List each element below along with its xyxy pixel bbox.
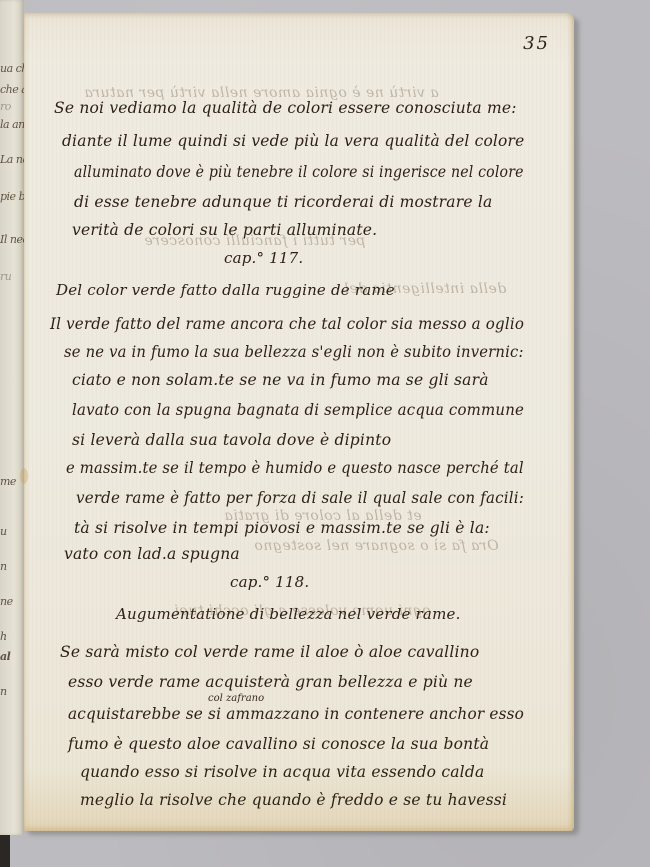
chapter-number: cap.° 118. [230, 573, 309, 591]
left-page-fragment: che a Tu [0, 83, 24, 96]
adjacent-left-page: ua che che a Tu ro la ansol La neetr pie… [0, 0, 24, 835]
chapter-heading: Del color verde fatto dalla ruggine de r… [56, 281, 395, 299]
left-page-fragment: n [0, 685, 7, 698]
left-page-fragment: Il neeru [0, 233, 24, 246]
text-line: fumo è questo aloe cavallino si conosce … [68, 735, 489, 753]
text-line: verità de colori su le parti alluminate. [72, 221, 377, 239]
text-line: alluminato dove è più tenebre il colore … [74, 163, 524, 181]
left-page-fragment: ro [0, 100, 11, 113]
text-line: di esse tenebre adunque ti ricorderai di… [74, 193, 492, 211]
left-page-fragment: h [0, 630, 7, 643]
text-line: lavato con la spugna bagnata di semplice… [72, 401, 524, 419]
folio-number: 35 [523, 33, 550, 54]
chapter-number: cap.° 117. [224, 249, 303, 267]
interlinear-note: col zafrano [208, 693, 264, 704]
left-page-fragment: la ansol [0, 118, 24, 131]
left-page-fragment: n [0, 560, 7, 573]
text-line: Il verde fatto del rame ancora che tal c… [50, 315, 524, 333]
text-line: Se noi vediamo la qualità de colori esse… [54, 99, 517, 117]
text-line: quando esso si risolve in acqua vita ess… [80, 763, 484, 781]
left-page-fragment: ne [0, 595, 13, 608]
text-line: se ne va in fumo la sua bellezza s'egli … [64, 343, 524, 361]
text-line: si leverà dalla sua tavola dove è dipint… [72, 431, 391, 449]
left-page-fragment: al [0, 650, 10, 663]
binding-shadow [0, 835, 10, 867]
left-page-fragment: ua che [0, 62, 24, 75]
left-page-fragment: ru [0, 270, 11, 283]
stain [20, 468, 28, 484]
manuscript-page: 35 a virtù ne è ognia amore nella virtù … [24, 13, 574, 831]
bleed-through-text: Ora fa sì o sognare nel sostegno [254, 538, 499, 554]
text-line: e massim.te se il tempo è humido e quest… [66, 459, 524, 477]
text-line: esso verde rame acquisterà gran bellezza… [68, 673, 473, 691]
text-line: diante il lume quindi si vede più la ver… [62, 132, 524, 150]
left-page-fragment: pie bol [0, 190, 24, 203]
chapter-heading: Augumentatione di bellezza nel verde ram… [116, 605, 461, 623]
text-line: acquistarebbe se si ammazzano in contene… [68, 705, 524, 723]
text-line: Se sarà misto col verde rame il aloe ò a… [60, 643, 479, 661]
left-page-fragment: me [0, 475, 16, 488]
text-line: vato con lad.a spugna [64, 545, 240, 563]
text-line: tà si risolve in tempi piovosi e massim.… [74, 519, 490, 537]
text-line: verde rame è fatto per forza di sale il … [76, 489, 524, 507]
left-page-fragment: u [0, 525, 7, 538]
text-line: meglio la risolve che quando è freddo e … [80, 791, 507, 809]
text-line: ciato e non solam.te se ne va in fumo ma… [72, 371, 489, 389]
left-page-fragment: La neetr [0, 153, 24, 166]
